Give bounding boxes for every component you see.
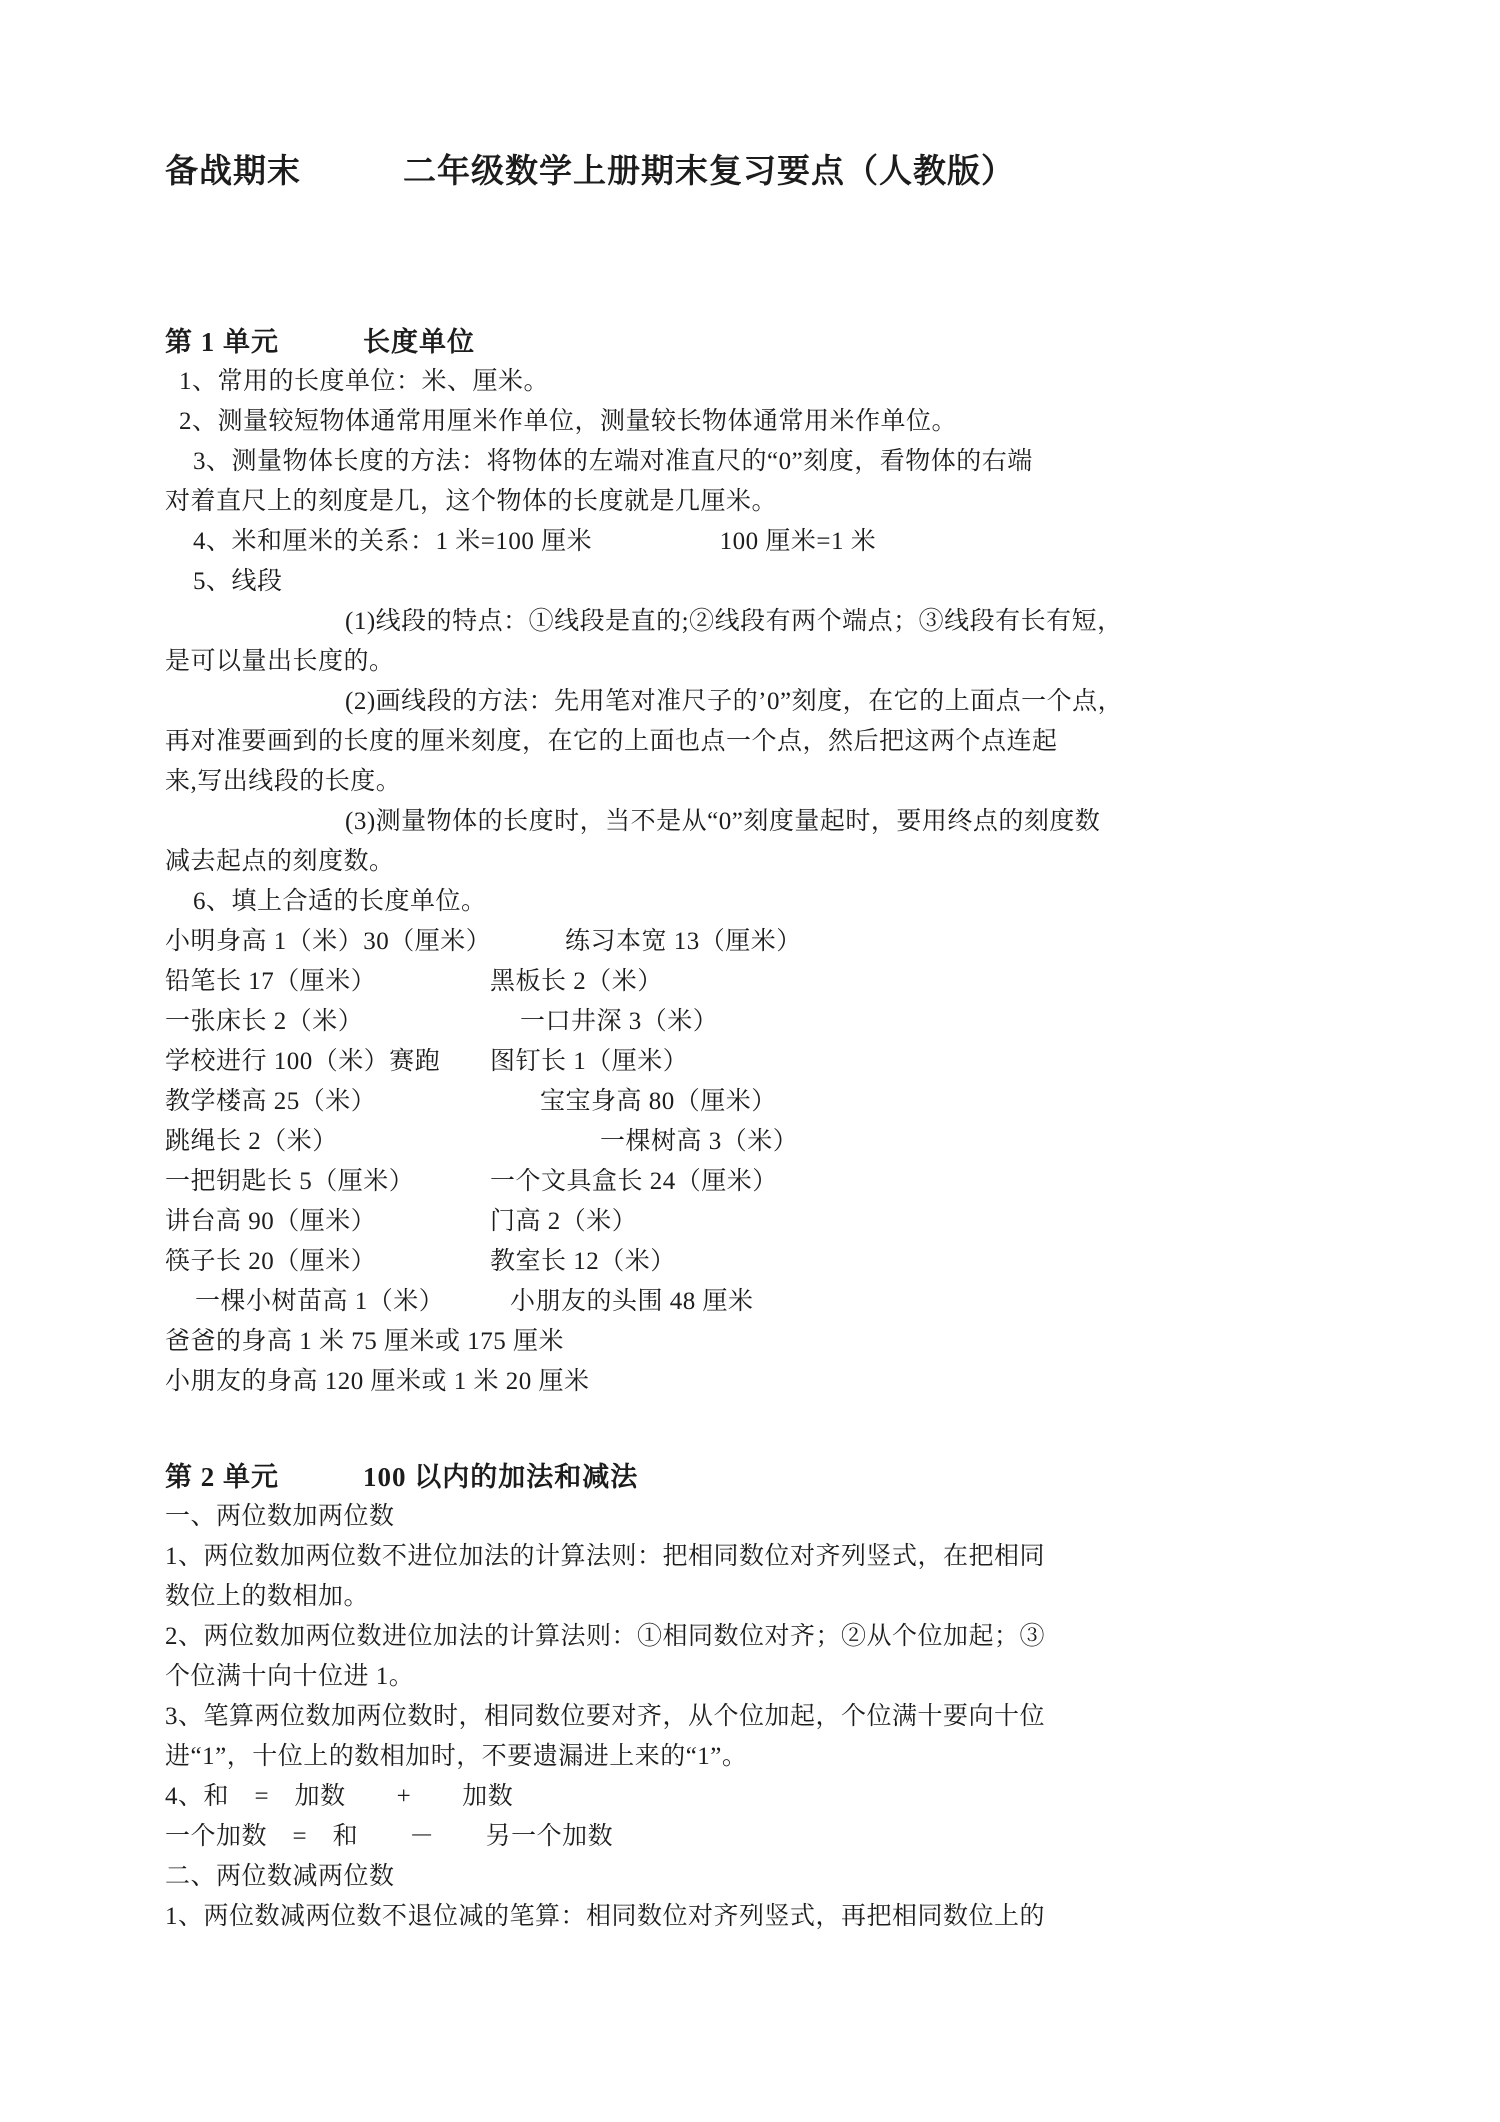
fill-right: 一口井深 3（米） <box>520 1002 718 1042</box>
text-line: 来,写出线段的长度。 <box>165 762 1340 802</box>
fill-left: 教学楼高 25（米） <box>165 1088 376 1115</box>
fill-unit-row: 教学楼高 25（米） 宝宝身高 80（厘米） <box>165 1082 1340 1122</box>
fill-left: 筷子长 20（厘米） <box>165 1248 376 1275</box>
fill-left: 一张床长 2（米） <box>165 1008 363 1035</box>
text-line: 一、两位数加两位数 <box>165 1497 1340 1537</box>
text-line: 一个加数 = 和 － 另一个加数 <box>165 1817 1340 1857</box>
fill-unit-row: 铅笔长 17（厘米） 黑板长 2（米） <box>165 962 1340 1002</box>
text-line: 进“1”，十位上的数相加时，不要遗漏进上来的“1”。 <box>165 1737 1340 1777</box>
text-line: 4、和 = 加数 + 加数 <box>165 1777 1340 1817</box>
text-line: 数位上的数相加。 <box>165 1577 1340 1617</box>
fill-right: 门高 2（米） <box>490 1202 637 1242</box>
text-line: 5、线段 <box>165 562 1340 602</box>
document-page: 备战期末 二年级数学上册期末复习要点（人教版） 第 1 单元 长度单位 1、常用… <box>0 0 1500 2122</box>
fill-right: 小朋友的头围 48 厘米 <box>510 1282 754 1322</box>
section-unit-2: 第 2 单元 100 以内的加法和减法 一、两位数加两位数 1、两位数加两位数不… <box>165 1457 1340 1937</box>
fill-right: 宝宝身高 80（厘米） <box>540 1082 777 1122</box>
text-line: 1、两位数减两位数不退位减的笔算：相同数位对齐列竖式，再把相同数位上的 <box>165 1897 1340 1937</box>
fill-unit-row: 跳绳长 2（米） 一棵树高 3（米） <box>165 1122 1340 1162</box>
text-line: 二、两位数减两位数 <box>165 1857 1340 1897</box>
text-line: 对着直尺上的刻度是几，这个物体的长度就是几厘米。 <box>165 482 1340 522</box>
fill-unit-row: 筷子长 20（厘米） 教室长 12（米） <box>165 1242 1340 1282</box>
text-line: 个位满十向十位进 1。 <box>165 1657 1340 1697</box>
text-line: (2)画线段的方法：先用笔对准尺子的’0”刻度，在它的上面点一个点， <box>165 682 1340 722</box>
fill-right: 教室长 12（米） <box>490 1242 676 1282</box>
fill-left: 一棵小树苗高 1（米） <box>165 1288 444 1315</box>
section-unit-1: 第 1 单元 长度单位 1、常用的长度单位：米、厘米。 2、测量较短物体通常用厘… <box>165 322 1340 1402</box>
fill-unit-row: 一把钥匙长 5（厘米） 一个文具盒长 24（厘米） <box>165 1162 1340 1202</box>
section-1-heading: 第 1 单元 长度单位 <box>165 322 1340 362</box>
text-line: 减去起点的刻度数。 <box>165 842 1340 882</box>
text-line: 3、笔算两位数加两位数时，相同数位要对齐，从个位加起，个位满十要向十位 <box>165 1697 1340 1737</box>
fill-right: 黑板长 2（米） <box>490 962 663 1002</box>
fill-unit-row: 讲台高 90（厘米） 门高 2（米） <box>165 1202 1340 1242</box>
fill-unit-row: 一棵小树苗高 1（米） 小朋友的头围 48 厘米 <box>165 1282 1340 1322</box>
text-line: 再对准要画到的长度的厘米刻度，在它的上面也点一个点，然后把这两个点连起 <box>165 722 1340 762</box>
fill-left: 一把钥匙长 5（厘米） <box>165 1168 414 1195</box>
fill-left: 铅笔长 17（厘米） <box>165 968 376 995</box>
fill-right: 一棵树高 3（米） <box>600 1122 798 1162</box>
fill-right: 图钉长 1（厘米） <box>490 1042 688 1082</box>
fill-left: 跳绳长 2（米） <box>165 1128 338 1155</box>
fill-left: 讲台高 90（厘米） <box>165 1208 376 1235</box>
text-line: 1、常用的长度单位：米、厘米。 <box>165 362 1340 402</box>
fill-unit-row: 学校进行 100（米）赛跑 图钉长 1（厘米） <box>165 1042 1340 1082</box>
section-2-heading: 第 2 单元 100 以内的加法和减法 <box>165 1457 1340 1497</box>
text-line: 3、测量物体长度的方法：将物体的左端对准直尺的“0”刻度，看物体的右端 <box>165 442 1340 482</box>
text-line: 2、测量较短物体通常用厘米作单位，测量较长物体通常用米作单位。 <box>165 402 1340 442</box>
text-line: 小朋友的身高 120 厘米或 1 米 20 厘米 <box>165 1362 1340 1402</box>
text-line: (1)线段的特点：①线段是直的;②线段有两个端点；③线段有长有短， <box>165 602 1340 642</box>
text-line: 是可以量出长度的。 <box>165 642 1340 682</box>
text-line: (3)测量物体的长度时，当不是从“0”刻度量起时，要用终点的刻度数 <box>165 802 1340 842</box>
text-line: 2、两位数加两位数进位加法的计算法则：①相同数位对齐；②从个位加起；③ <box>165 1617 1340 1657</box>
fill-right: 练习本宽 13（厘米） <box>565 922 802 962</box>
fill-left: 小明身高 1（米）30（厘米） <box>165 928 491 955</box>
fill-left: 学校进行 100（米）赛跑 <box>165 1048 440 1075</box>
text-line: 4、米和厘米的关系：1 米=100 厘米 100 厘米=1 米 <box>165 522 1340 562</box>
fill-unit-row: 一张床长 2（米） 一口井深 3（米） <box>165 1002 1340 1042</box>
fill-right: 一个文具盒长 24（厘米） <box>490 1162 778 1202</box>
fill-unit-row: 小明身高 1（米）30（厘米） 练习本宽 13（厘米） <box>165 922 1340 962</box>
text-line: 爸爸的身高 1 米 75 厘米或 175 厘米 <box>165 1322 1340 1362</box>
text-line: 6、填上合适的长度单位。 <box>165 882 1340 922</box>
text-line: 1、两位数加两位数不进位加法的计算法则：把相同数位对齐列竖式，在把相同 <box>165 1537 1340 1577</box>
document-title: 备战期末 二年级数学上册期末复习要点（人教版） <box>165 148 1340 196</box>
